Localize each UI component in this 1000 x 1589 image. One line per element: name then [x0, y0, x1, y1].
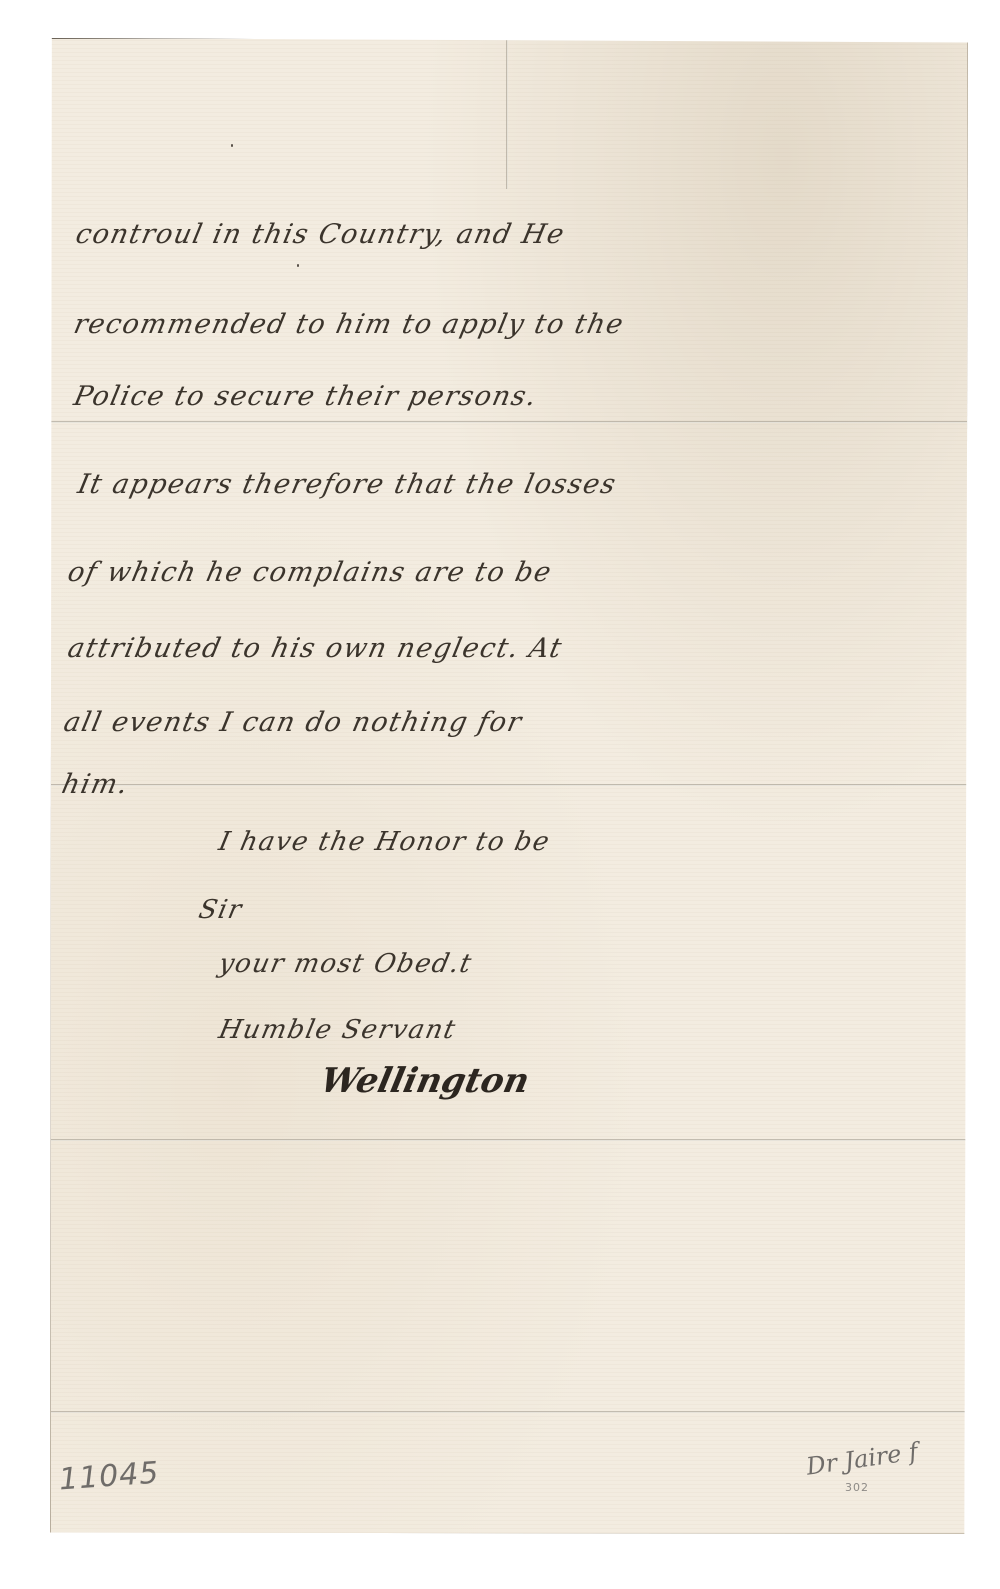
closing-line-3: Humble Servant: [216, 1015, 459, 1045]
archive-mark: Dr Jaire f: [805, 1437, 920, 1480]
signature: Wellington: [317, 1061, 533, 1101]
archive-mark-number: 302: [845, 1481, 869, 1494]
closing-line-2: your most Obed.t: [216, 949, 475, 979]
body-line-4: It appears therefore that the losses: [75, 469, 620, 500]
closing-line: I have the Honor to be: [216, 827, 553, 857]
body-line-5: of which he complains are to be: [65, 557, 555, 588]
fold-crease-3: [51, 1139, 967, 1141]
catalog-number: 11045: [58, 1456, 161, 1498]
body-line-1: controul in this Country, and He: [73, 219, 568, 250]
body-line-8: him.: [59, 769, 132, 800]
vertical-fold-crease: [506, 39, 508, 189]
fold-crease-4: [51, 1411, 967, 1413]
fold-crease-1: [51, 421, 967, 423]
letter-page: controul in this Country, and He recomme…: [50, 38, 968, 1534]
body-line-6: attributed to his own neglect. At: [65, 633, 566, 664]
body-line-7: all events I can do nothing for: [61, 707, 525, 738]
fold-crease-2: [51, 784, 967, 786]
salutation: Sir: [196, 895, 245, 925]
body-line-3: Police to secure their persons.: [71, 381, 540, 412]
ink-speck: [297, 264, 299, 267]
body-line-2: recommended to him to apply to the: [71, 309, 627, 340]
ink-speck: [231, 144, 233, 147]
